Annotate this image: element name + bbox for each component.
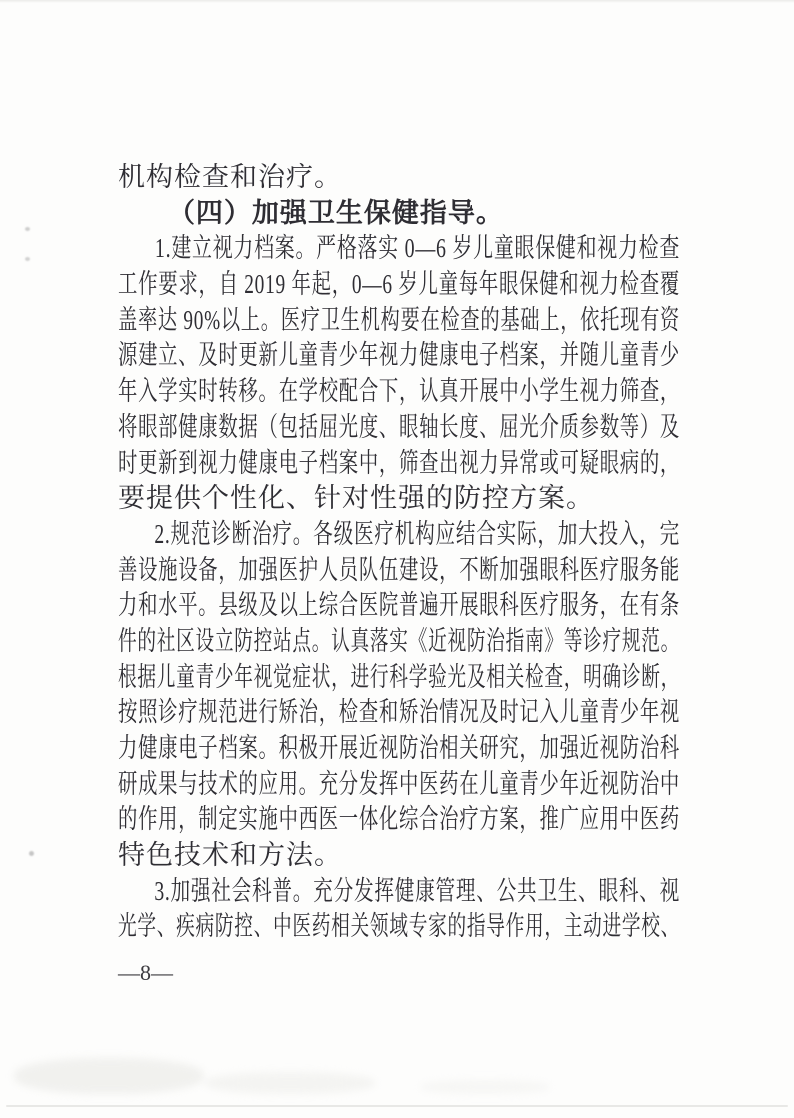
text-line: 源建立、及时更新儿童青少年视力健康电子档案，并随儿童青少 <box>118 338 680 374</box>
text-line-content: 时更新到视力健康电子档案中，筛查出视力异常或可疑眼病的， <box>118 446 680 482</box>
scan-edge-bottom <box>6 1105 788 1107</box>
text-line: 按照诊疗规范进行矫治，检查和矫治情况及时记入儿童青少年视 <box>118 695 680 731</box>
text-line: 年入学实时转移。在学校配合下，认真开展中小学生视力筛查， <box>118 374 680 410</box>
text-line-content: 件的社区设立防控站点。认真落实《近视防治指南》等诊疗规范。 <box>118 624 680 660</box>
text-line-content: 年入学实时转移。在学校配合下，认真开展中小学生视力筛查， <box>118 374 680 410</box>
scan-smudge <box>205 1072 375 1094</box>
text-line: 机构检查和治疗。 <box>118 160 680 196</box>
text-line-content: 1.建立视力档案。严格落实 0—6 岁儿童眼保健和视力检查 <box>118 231 680 267</box>
text-line: 2.规范诊断治疗。各级医疗机构应结合实际，加大投入，完 <box>118 517 680 553</box>
text-line-content: 光学、疾病防控、中医药相关领域专家的指导作用，主动进学校、 <box>118 909 680 945</box>
text-line: 力和水平。县级及以上综合医院普遍开展眼科医疗服务，在有条 <box>118 588 680 624</box>
scan-speck <box>25 257 30 261</box>
text-line: 要提供个性化、针对性强的防控方案。 <box>118 481 680 517</box>
text-line: 1.建立视力档案。严格落实 0—6 岁儿童眼保健和视力检查 <box>118 231 680 267</box>
text-line: 盖率达 90%以上。医疗卫生机构要在检查的基础上，依托现有资 <box>118 303 680 339</box>
text-line-content: 机构检查和治疗。 <box>118 160 342 196</box>
document-text-block: 机构检查和治疗。（四）加强卫生保健指导。1.建立视力档案。严格落实 0—6 岁儿… <box>118 160 680 945</box>
text-line-content: 的作用，制定实施中西医一体化综合治疗方案，推广应用中医药 <box>118 802 680 838</box>
text-line: 善设施设备，加强医护人员队伍建设，不断加强眼科医疗服务能 <box>118 553 680 589</box>
text-line-content: 2.规范诊断治疗。各级医疗机构应结合实际，加大投入，完 <box>118 517 680 553</box>
scan-edge-top <box>0 0 794 3</box>
text-line-content: （四）加强卫生保健指导。 <box>118 196 504 232</box>
text-line: 的作用，制定实施中西医一体化综合治疗方案，推广应用中医药 <box>118 802 680 838</box>
text-line: 光学、疾病防控、中医药相关领域专家的指导作用，主动进学校、 <box>118 909 680 945</box>
text-line-content: 根据儿童青少年视觉症状，进行科学验光及相关检查，明确诊断， <box>118 660 680 696</box>
scan-smudge <box>14 1058 204 1094</box>
text-line: 件的社区设立防控站点。认真落实《近视防治指南》等诊疗规范。 <box>118 624 680 660</box>
text-line-content: 源建立、及时更新儿童青少年视力健康电子档案，并随儿童青少 <box>118 338 680 374</box>
text-line-content: 按照诊疗规范进行矫治，检查和矫治情况及时记入儿童青少年视 <box>118 695 680 731</box>
text-line-content: 工作要求，自 2019 年起，0—6 岁儿童每年眼保健和视力检查覆 <box>118 267 680 303</box>
text-line-content: 要提供个性化、针对性强的防控方案。 <box>118 481 594 517</box>
text-line: 力健康电子档案。积极开展近视防治相关研究，加强近视防治科 <box>118 731 680 767</box>
text-line-content: 特色技术和方法。 <box>118 838 342 874</box>
text-line: 时更新到视力健康电子档案中，筛查出视力异常或可疑眼病的， <box>118 446 680 482</box>
text-line-content: 研成果与技术的应用。充分发挥中医药在儿童青少年近视防治中 <box>118 767 680 803</box>
text-line-content: 力健康电子档案。积极开展近视防治相关研究，加强近视防治科 <box>118 731 680 767</box>
text-line-content: 将眼部健康数据（包括屈光度、眼轴长度、屈光介质参数等）及 <box>118 410 680 446</box>
text-line-content: 盖率达 90%以上。医疗卫生机构要在检查的基础上，依托现有资 <box>118 303 680 339</box>
text-line: 将眼部健康数据（包括屈光度、眼轴长度、屈光介质参数等）及 <box>118 410 680 446</box>
scan-smudge <box>420 1080 550 1094</box>
text-line: 根据儿童青少年视觉症状，进行科学验光及相关检查，明确诊断， <box>118 660 680 696</box>
text-line-content: 3.加强社会科普。充分发挥健康管理、公共卫生、眼科、视 <box>118 874 680 910</box>
section-heading-line: （四）加强卫生保健指导。 <box>118 196 680 232</box>
page-number: —8— <box>118 958 173 988</box>
scan-speck <box>25 227 30 231</box>
text-line-content: 力和水平。县级及以上综合医院普遍开展眼科医疗服务，在有条 <box>118 588 680 624</box>
text-line: 特色技术和方法。 <box>118 838 680 874</box>
text-line: 工作要求，自 2019 年起，0—6 岁儿童每年眼保健和视力检查覆 <box>118 267 680 303</box>
scanned-document-page: 机构检查和治疗。（四）加强卫生保健指导。1.建立视力档案。严格落实 0—6 岁儿… <box>0 0 794 1118</box>
text-line-content: 善设施设备，加强医护人员队伍建设，不断加强眼科医疗服务能 <box>118 553 680 589</box>
text-line: 3.加强社会科普。充分发挥健康管理、公共卫生、眼科、视 <box>118 874 680 910</box>
text-line: 研成果与技术的应用。充分发挥中医药在儿童青少年近视防治中 <box>118 767 680 803</box>
scan-speck <box>29 851 34 856</box>
